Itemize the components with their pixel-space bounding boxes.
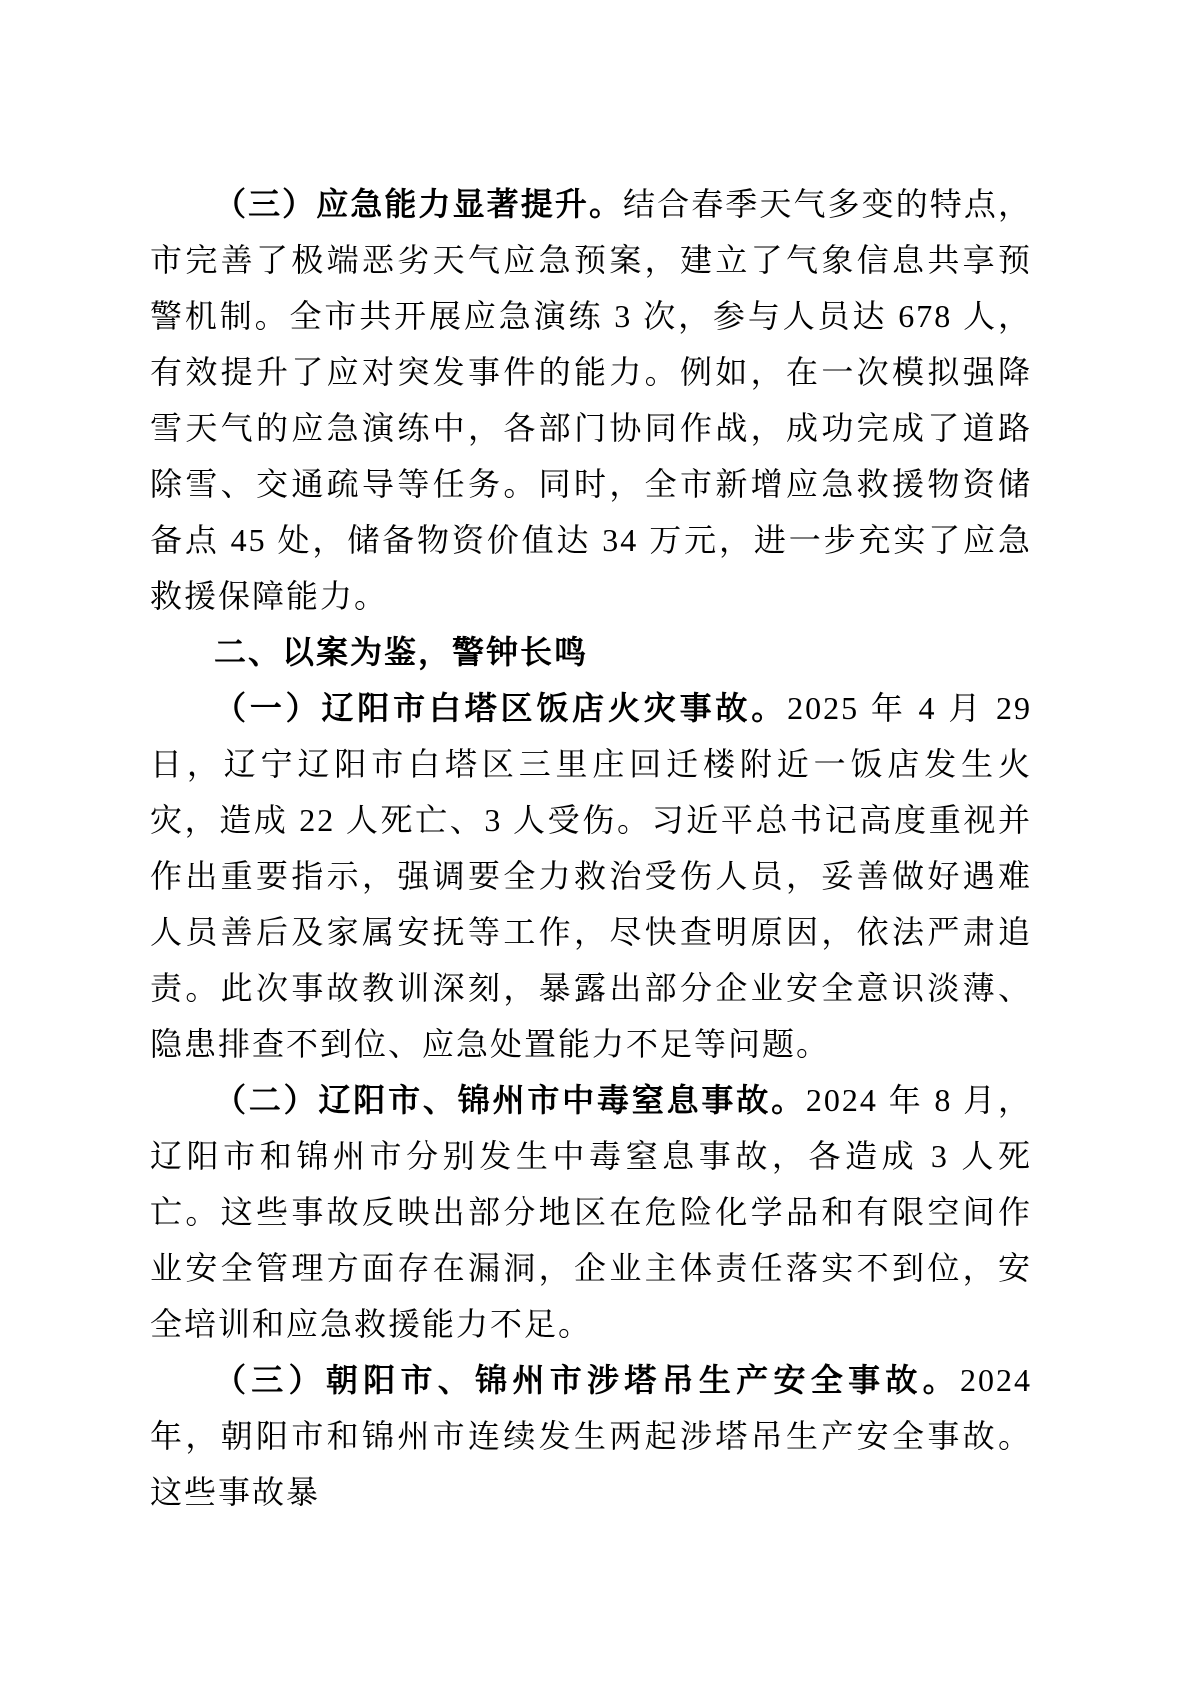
paragraph-poisoning-accident: （二）辽阳市、锦州市中毒窒息事故。2024 年 8 月，辽阳市和锦州市分别发生中… — [150, 1072, 1032, 1352]
paragraph-fire-accident: （一）辽阳市白塔区饭店火灾事故。2025 年 4 月 29 日，辽宁辽阳市白塔区… — [150, 680, 1032, 1072]
section-heading: 二、以案为鉴，警钟长鸣 — [150, 624, 1032, 680]
paragraph-text: 结合春季天气多变的特点，市完善了极端恶劣天气应急预案，建立了气象信息共享预警机制… — [150, 186, 1032, 614]
paragraph-text: 2025 年 4 月 29 日，辽宁辽阳市白塔区三里庄回迁楼附近一饭店发生火灾，… — [150, 690, 1032, 1062]
paragraph-emergency-capability: （三）应急能力显著提升。结合春季天气多变的特点，市完善了极端恶劣天气应急预案，建… — [150, 176, 1032, 624]
paragraph-crane-accident: （三）朝阳市、锦州市涉塔吊生产安全事故。2024 年，朝阳市和锦州市连续发生两起… — [150, 1352, 1032, 1520]
document-page: （三）应急能力显著提升。结合春季天气多变的特点，市完善了极端恶劣天气应急预案，建… — [0, 0, 1190, 1683]
paragraph-lead: （三）朝阳市、锦州市涉塔吊生产安全事故。 — [214, 1362, 960, 1398]
paragraph-text: 2024 年 8 月，辽阳市和锦州市分别发生中毒窒息事故，各造成 3 人死亡。这… — [150, 1082, 1032, 1342]
paragraph-lead: （一）辽阳市白塔区饭店火灾事故。 — [214, 690, 787, 726]
paragraph-lead: （三）应急能力显著提升。 — [214, 186, 623, 222]
paragraph-lead: （二）辽阳市、锦州市中毒窒息事故。 — [214, 1082, 806, 1118]
